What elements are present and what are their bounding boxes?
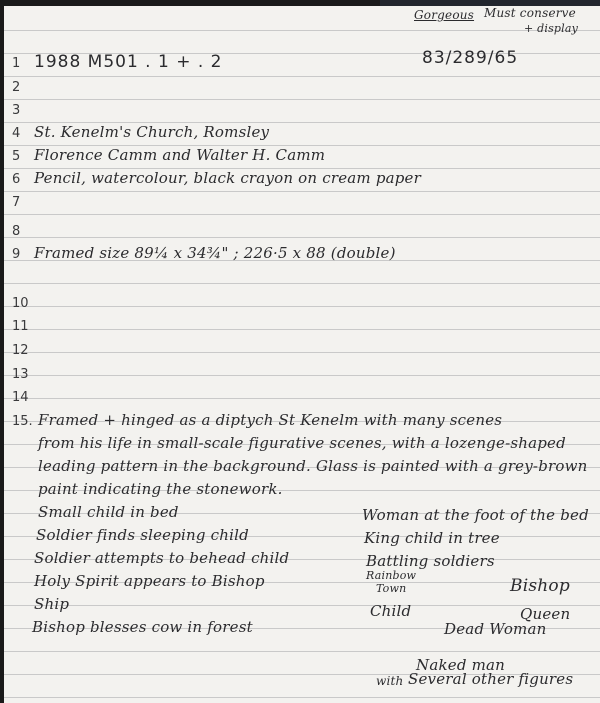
scene-item: Child	[370, 602, 411, 620]
notebook-page: Gorgeous Must conserve + display 83/289/…	[4, 6, 600, 703]
line-number: 1	[12, 56, 20, 71]
line-number: 7	[12, 195, 20, 210]
scene-item: Bishop blesses cow in forest	[32, 618, 253, 636]
line-number: 13	[12, 367, 29, 382]
scene-item: Soldier finds sleeping child	[36, 526, 249, 544]
line-number: 11	[12, 319, 29, 334]
header-note-conserve: Must conserve	[484, 6, 576, 20]
line-number: 10	[12, 296, 29, 311]
scene-item: Battling soldiers	[366, 552, 495, 570]
line-number: 2	[12, 80, 20, 95]
artist-field: Florence Camm and Walter H. Camm	[34, 146, 325, 164]
line-number: 9	[12, 247, 20, 262]
line-number: 3	[12, 103, 20, 118]
scene-item: Ship	[34, 595, 69, 613]
header-note-gorgeous: Gorgeous	[414, 8, 474, 22]
line-number: 14	[12, 390, 29, 405]
line-number: 8	[12, 224, 20, 239]
description-line: leading pattern in the background. Glass…	[38, 457, 588, 475]
scene-item: Dead Woman	[444, 620, 546, 638]
scene-item: Several other figures	[408, 670, 573, 688]
description-line: Framed + hinged as a diptych St Kenelm w…	[38, 411, 502, 429]
scene-item: Woman at the foot of the bed	[362, 506, 589, 524]
scene-item: King child in tree	[364, 529, 500, 547]
scene-item: Holy Spirit appears to Bishop	[34, 572, 265, 590]
line-number: 4	[12, 126, 20, 141]
scene-item: Soldier attempts to behead child	[34, 549, 289, 567]
dimensions-field: Framed size 89¼ x 34¾" ; 226·5 x 88 (dou…	[34, 244, 396, 262]
medium-field: Pencil, watercolour, black crayon on cre…	[34, 169, 421, 187]
object-number: 1988 M501 . 1 + . 2	[34, 52, 223, 72]
scene-item: Rainbow	[366, 569, 416, 582]
header-note-display: + display	[524, 22, 578, 35]
line-number: 12	[12, 343, 29, 358]
title-field: St. Kenelm's Church, Romsley	[34, 123, 269, 141]
description-line: from his life in small-scale figurative …	[38, 434, 566, 452]
scene-item: Small child in bed	[38, 503, 179, 521]
scene-item: Bishop	[510, 576, 570, 596]
line-number: 5	[12, 149, 20, 164]
description-line: paint indicating the stonework.	[38, 480, 283, 498]
line-number: 15.	[12, 414, 33, 429]
line-number: 6	[12, 172, 20, 187]
scene-item: with	[376, 674, 403, 688]
scene-item: Town	[376, 582, 406, 595]
accession-reference: 83/289/65	[422, 48, 518, 68]
